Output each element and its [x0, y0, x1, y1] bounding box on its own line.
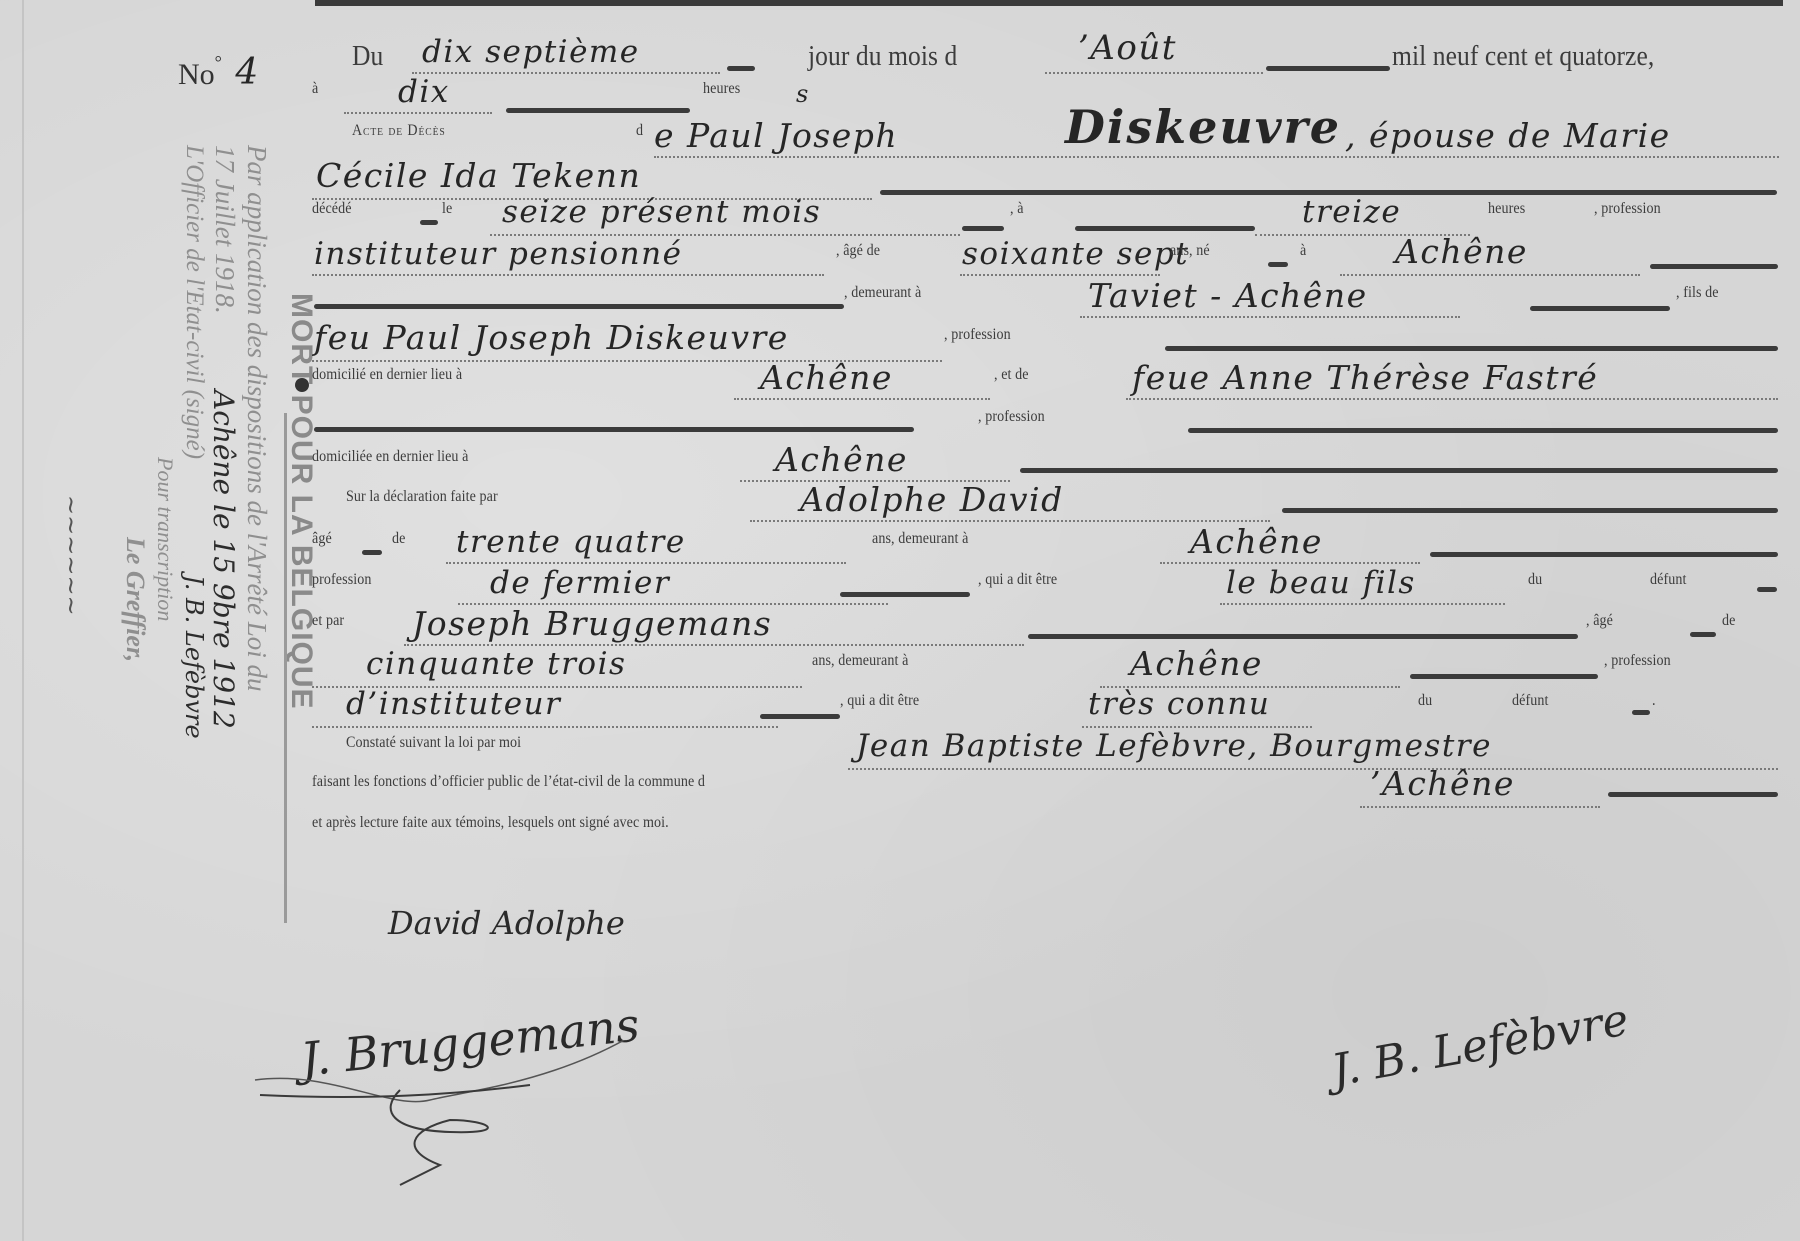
- top-rule: [315, 0, 1783, 6]
- fill-dash: [727, 66, 755, 71]
- hand-spouse-name: Cécile Ida Tekenn: [316, 156, 641, 195]
- hand-declarant-1-relation: le beau fils: [1226, 565, 1416, 601]
- record-number-value: 4: [235, 52, 259, 93]
- fill-dash: [362, 550, 382, 555]
- margin-text-officer: L'Officier de l'Etat-civil (signé): [180, 145, 208, 459]
- hand-declarant-1-age: trente quatre: [456, 524, 686, 560]
- fill-dots: [654, 156, 1779, 158]
- fill-dash: [1410, 674, 1598, 679]
- fill-dots: [1045, 72, 1263, 74]
- record-number: No° 4: [178, 52, 260, 93]
- text-profession: profession: [312, 571, 372, 589]
- text-qui-a-dit-etre: , qui a dit être: [840, 692, 919, 710]
- text-faisant-les-fonctions: faisant les fonctions d’officier public …: [312, 773, 705, 791]
- text-apres-lecture: et après lecture faite aux témoins, lesq…: [312, 814, 669, 832]
- fill-dash: [962, 226, 1004, 231]
- fill-dash: [1028, 634, 1578, 639]
- text-et-par: et par: [312, 612, 344, 630]
- text-period: .: [1652, 692, 1656, 710]
- margin-greffier-signature: ~~~~~~: [57, 495, 85, 616]
- fill-dots: [1360, 806, 1600, 808]
- hand-hour: dix: [398, 74, 450, 110]
- fill-dash: [1268, 262, 1288, 267]
- fill-dots: [1126, 398, 1778, 400]
- fill-dots: [1220, 603, 1505, 605]
- text-de: de: [1722, 612, 1735, 630]
- fill-dash: [1757, 587, 1777, 592]
- hand-mother-name: feue Anne Thérèse Fastré: [1132, 358, 1598, 397]
- fill-dash: [1608, 792, 1778, 797]
- hand-month: ’Août: [1078, 28, 1177, 68]
- fill-dots: [848, 768, 1778, 770]
- hand-declarant-2: Joseph Bruggemans: [412, 604, 772, 643]
- text-profession: , profession: [1604, 652, 1671, 670]
- text-year: mil neuf cent et quatorze,: [1392, 40, 1654, 73]
- fill-dash: [760, 714, 840, 719]
- margin-text-date: 17 Juillet 1918.: [209, 145, 240, 314]
- fill-dots: [1160, 562, 1420, 564]
- fill-dash: [1530, 306, 1670, 311]
- hand-profession: instituteur pensionné: [314, 236, 682, 272]
- text-domicilie: domicilié en dernier lieu à: [312, 366, 462, 384]
- text-demeurant-a: , demeurant à: [844, 284, 921, 302]
- text-jour-du-mois: jour du mois d: [808, 40, 957, 73]
- text-ans-ne: ans, né: [1170, 242, 1210, 260]
- text-age: , âgé: [1586, 612, 1613, 630]
- signature-flourish: [250, 1040, 670, 1240]
- hand-declarant-2-relation: très connu: [1088, 686, 1270, 722]
- margin-handwritten-officer: J. B. Lefèbvre: [180, 575, 208, 739]
- hand-officer-name: Jean Baptiste Lefèbvre, Bourgmestre: [856, 728, 1492, 764]
- fill-dash: [1690, 632, 1716, 637]
- text-profession: , profession: [978, 408, 1045, 426]
- fill-dots: [446, 562, 846, 564]
- fill-dash: [506, 108, 690, 113]
- text-ans-demeurant: ans, demeurant à: [812, 652, 908, 670]
- text-domiciliee: domiciliée en dernier lieu à: [312, 448, 469, 466]
- hand-age: soixante sept: [962, 236, 1189, 272]
- hand-declarant-1-profession: de fermier: [490, 565, 670, 601]
- fill-dash: [1282, 508, 1778, 513]
- text-a: à: [1300, 242, 1306, 260]
- fill-dash: [1188, 428, 1778, 433]
- text-qui-a-dit-etre: , qui a dit être: [978, 571, 1057, 589]
- heading-acte-de-deces: Acte de Décès: [352, 122, 446, 140]
- fill-dash: [1075, 226, 1255, 231]
- text-fils-de: , fils de: [1676, 284, 1719, 302]
- fill-dots: [1080, 316, 1460, 318]
- fill-dash: [840, 592, 970, 597]
- hand-declarant-2-residence: Achêne: [1130, 644, 1263, 683]
- margin-text-transcription: Pour transcription: [152, 457, 178, 621]
- hand-father-domicile: Achêne: [760, 358, 893, 397]
- fill-dots: [1340, 274, 1640, 276]
- hand-day: dix septième: [422, 34, 640, 70]
- text-heures: heures: [1488, 200, 1525, 218]
- hand-mother-domicile: Achêne: [775, 440, 908, 479]
- fill-dots: [312, 726, 778, 728]
- signature-officer: J. B. Lefèbvre: [1328, 994, 1632, 1096]
- hand-father-name: feu Paul Joseph Diskeuvre: [314, 318, 789, 357]
- text-du: du: [1418, 692, 1432, 710]
- text-ans-demeurant: ans, demeurant à: [872, 530, 968, 548]
- hand-heures-s: s: [796, 80, 810, 108]
- hand-declarant-1-residence: Achêne: [1190, 522, 1323, 561]
- fill-dash: [420, 220, 438, 225]
- text-du: du: [1528, 571, 1542, 589]
- fill-dots: [412, 72, 720, 74]
- hand-residence: Taviet - Achêne: [1088, 276, 1368, 315]
- stamp-mort-pour-la-belgique: MORT POUR LA BELGIQUE: [284, 293, 318, 710]
- hand-death-hour: treize: [1302, 194, 1401, 230]
- text-le: le: [442, 200, 452, 218]
- text-a: , à: [1010, 200, 1024, 218]
- document-page: No° 4 MORT POUR LA BELGIQUE Par applicat…: [0, 0, 1800, 1241]
- hand-deceased-firstnames: e Paul Joseph: [654, 116, 898, 155]
- hand-death-day: seize présent mois: [502, 194, 821, 230]
- fill-dash: [1266, 66, 1390, 71]
- text-de: de: [392, 530, 405, 548]
- text-profession: , profession: [1594, 200, 1661, 218]
- fill-dash: [1165, 346, 1778, 351]
- text-age: âgé: [312, 530, 332, 548]
- fill-dash: [1020, 468, 1778, 473]
- fill-dash: [1430, 552, 1778, 557]
- text-a: à: [312, 80, 318, 98]
- fill-dash: [1632, 710, 1650, 715]
- hand-declarant-2-profession: d’instituteur: [346, 686, 561, 722]
- margin-text-greffier: Le Greffier,: [120, 537, 150, 662]
- text-de: d: [636, 122, 643, 140]
- text-sur-la-declaration: Sur la déclaration faite par: [346, 488, 498, 506]
- fill-dots: [734, 398, 990, 400]
- hand-birthplace: Achêne: [1395, 232, 1528, 271]
- fill-dash: [314, 427, 914, 432]
- hand-commune: ’Achêne: [1370, 764, 1515, 803]
- text-du: Du: [352, 40, 383, 73]
- hand-declarant-2-age: cinquante trois: [366, 646, 626, 682]
- margin-text-application: Par application des dispositions de l'Ar…: [241, 145, 272, 692]
- hand-deceased-surname: Diskeuvre: [1065, 100, 1341, 154]
- text-defunt: défunt: [1512, 692, 1549, 710]
- signature-witness-1: David Adolphe: [388, 904, 625, 942]
- text-age-de: , âgé de: [836, 242, 880, 260]
- fill-dots: [312, 274, 824, 276]
- fill-dots: [344, 112, 492, 114]
- text-defunt: défunt: [1650, 571, 1687, 589]
- text-profession: , profession: [944, 326, 1011, 344]
- page-edge: [22, 0, 24, 1241]
- record-number-label: No: [178, 58, 215, 91]
- text-heures: heures: [703, 80, 740, 98]
- text-decede: décédé: [312, 200, 352, 218]
- hand-declarant-1: Adolphe David: [800, 480, 1064, 519]
- text-et-de: , et de: [994, 366, 1029, 384]
- margin-handwritten-place-date: Achêne le 15 9bre 1912: [207, 390, 240, 729]
- stamp-rule: [284, 413, 287, 923]
- text-constate: Constaté suivant la loi par moi: [346, 734, 521, 752]
- margin-annotation: MORT POUR LA BELGIQUE Par application de…: [30, 145, 300, 785]
- fill-dash: [1650, 264, 1778, 269]
- fill-dash: [314, 304, 844, 309]
- hand-spouse-of: , épouse de Marie: [1345, 116, 1671, 155]
